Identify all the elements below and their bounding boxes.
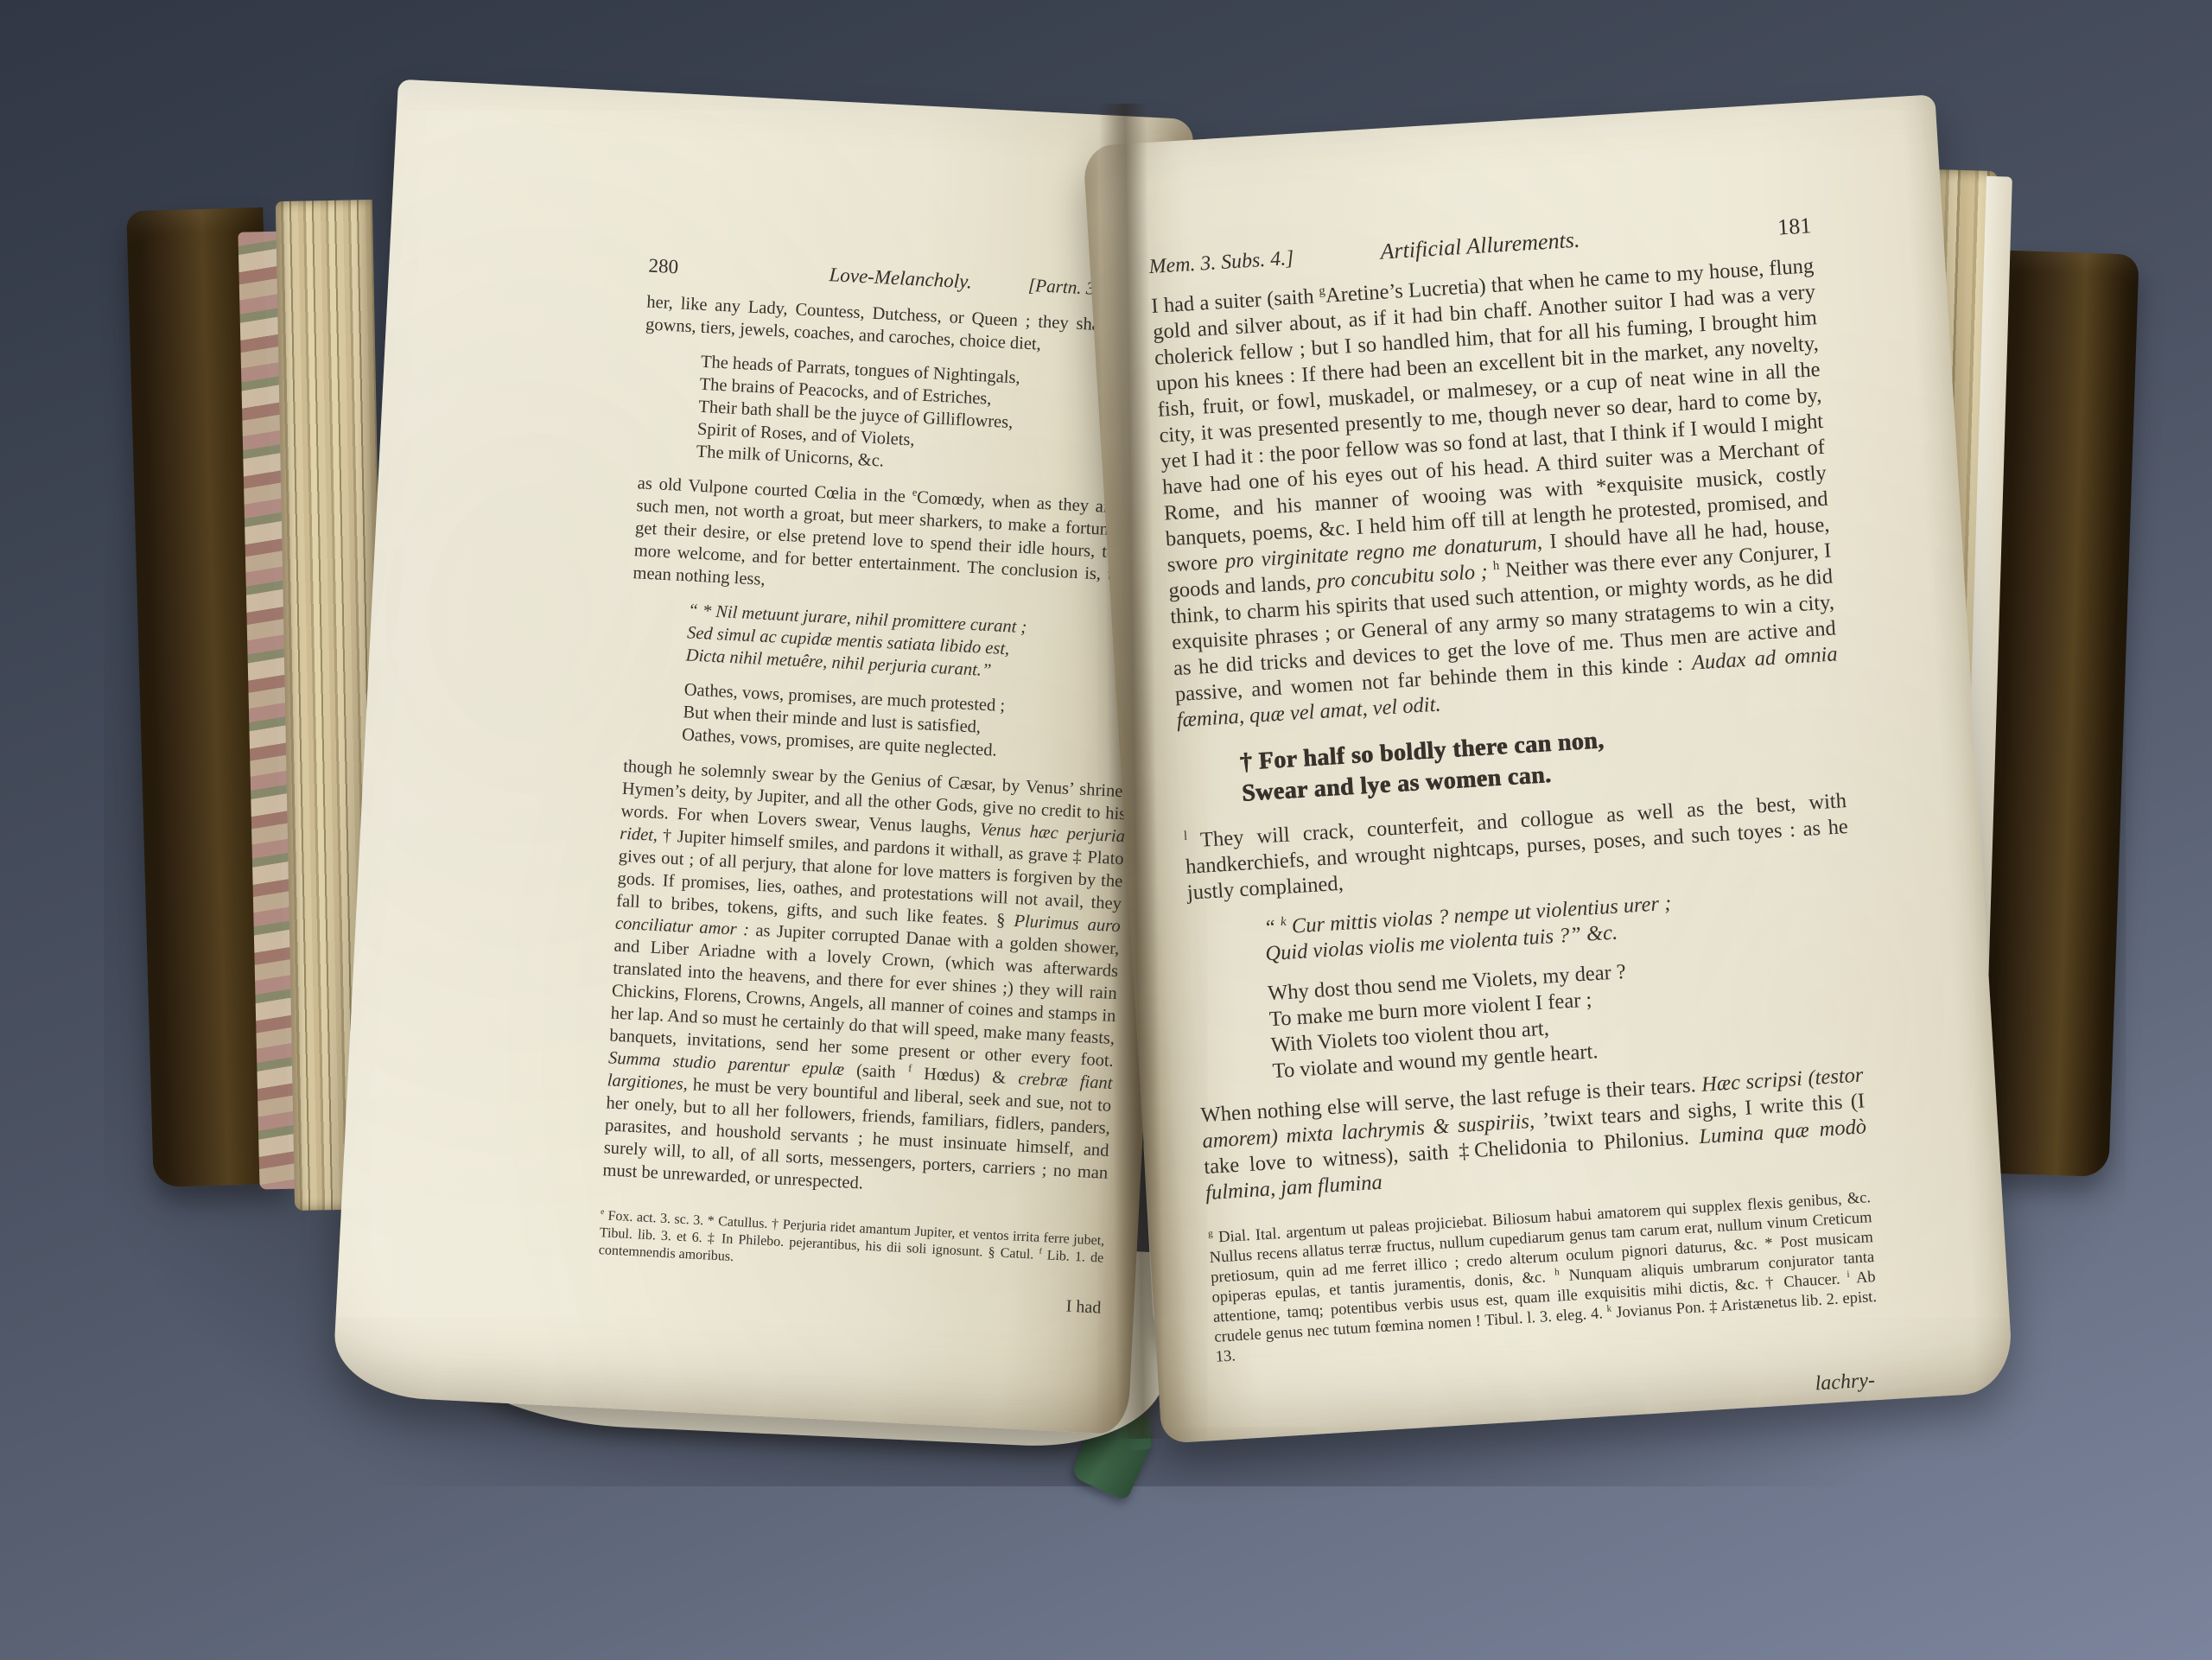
- verse-violets-english: Why dost thou send me Violets, my dear ?…: [1267, 945, 1861, 1084]
- verse-oathes-vows: Oathes, vows, promises, are much protest…: [682, 678, 1132, 768]
- left-page: 280 Love-Melancholy. [Partn. 3. Sec. 2. …: [332, 80, 1194, 1435]
- book-photograph: 280 Love-Melancholy. [Partn. 3. Sec. 2. …: [0, 0, 2212, 1660]
- paragraph-continuation: her, like any Lady, Countess, Dutchess, …: [645, 291, 1151, 361]
- paragraph-solemnly-swear: though he solemnly swear by the Genius o…: [602, 755, 1128, 1207]
- paragraph-suiters: I had a suiter (saith gAretine’s Lucreti…: [1151, 253, 1840, 734]
- verse-nil-metuunt-latin: “ * Nil metuunt jurare, nihil promittere…: [685, 599, 1135, 689]
- right-page: Mem. 3. Subs. 4.] Artificial Allurements…: [1083, 94, 2014, 1444]
- paragraph-last-refuge-tears: When nothing else will serve, the last r…: [1200, 1062, 1869, 1206]
- left-footnotes: e Fox. act. 3. sc. 3. * Catullus. † Perj…: [598, 1207, 1104, 1284]
- right-footnotes: g Dial. Ital. argentum ut paleas projici…: [1208, 1188, 1878, 1368]
- verse-heads-of-parrats: The heads of Parrats, tongues of Nightin…: [696, 351, 1148, 486]
- paragraph-vulpone: as old Vulpone courted Cœlia in the eCom…: [632, 472, 1142, 609]
